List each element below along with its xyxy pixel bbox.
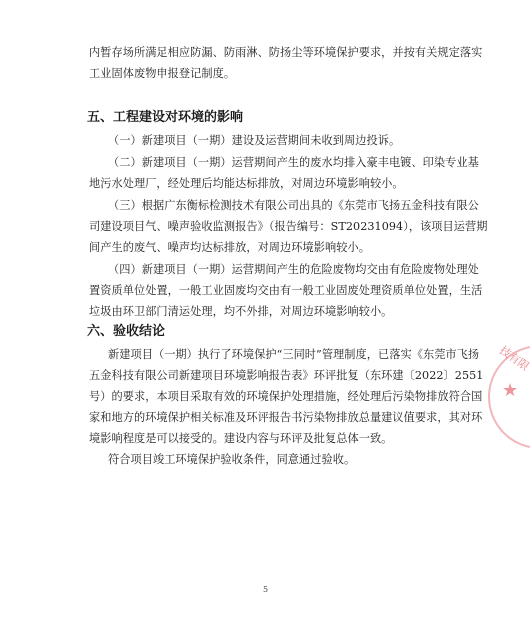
body-text-line: 五金科技有限公司新建项目环境影响报告表》环评批复（东环建〔2022〕2551 (89, 369, 483, 383)
section-heading-5: 五、工程建设对环境的影响 (87, 110, 243, 126)
body-text-line: 内暂存场所满足相应防漏、防雨淋、防扬尘等环境保护要求，并按有关规定落实 (89, 46, 482, 60)
body-text-line: （一）新建项目（一期）建设及运营期间未收到周边投诉。 (108, 134, 400, 148)
body-text-line: 司建设项目气、噪声验收监测报告》（报告编号：ST20231094），该项目运营期 (89, 220, 488, 234)
stamp-star-icon: ★ (502, 380, 518, 401)
body-text-line: （三）根据广东衡标检测技术有限公司出具的《东莞市飞扬五金科技有限公 (108, 199, 479, 213)
body-text-line: 符合项目竣工环境保护验收条件，同意通过验收。 (108, 453, 355, 467)
body-text-line: （四）新建项目（一期）运营期间产生的危险废物均交由有危险废物处理处 (108, 263, 479, 277)
body-text-line: 地污水处理厂，经处理后均能达标排放，对周边环境影响较小。 (89, 177, 404, 191)
section-heading-6: 六、验收结论 (87, 324, 165, 340)
body-text-line: 新建项目（一期）执行了环境保护“三同时”管理制度，已落实《东莞市飞扬 (108, 348, 479, 362)
page-number: 5 (263, 585, 268, 594)
body-text-line: 家和地方的环境保护相关标准及环评报告书污染物排放总量建议值要求，其对环 (89, 411, 482, 425)
body-text-line: （二）新建项目（一期）运营期间产生的废水均排入豪丰电镀、印染专业基 (108, 156, 479, 170)
document-page: 内暂存场所满足相应防漏、防雨淋、防扬尘等环境保护要求，并按有关规定落实 工业固体… (0, 0, 530, 630)
body-text-line: 垃圾由环卫部门清运处理，均不外排，对周边环境影响较小。 (89, 305, 392, 319)
body-text-line: 工业固体废物申报登记制度。 (89, 67, 235, 81)
body-text-line: 置资质单位处置，一般工业固废均交由有一般工业固废处理资质单位处置，生活 (89, 284, 482, 298)
body-text-line: 境影响程度是可以接受的。建设内容与环评及批复总体一致。 (89, 432, 392, 446)
body-text-line: 间产生的废气、噪声均达标排放，对周边环境影响较小。 (89, 241, 370, 255)
body-text-line: 号）的要求，本项目采取有效的环境保护处理措施，经处理后污染物排放符合国 (89, 390, 482, 404)
